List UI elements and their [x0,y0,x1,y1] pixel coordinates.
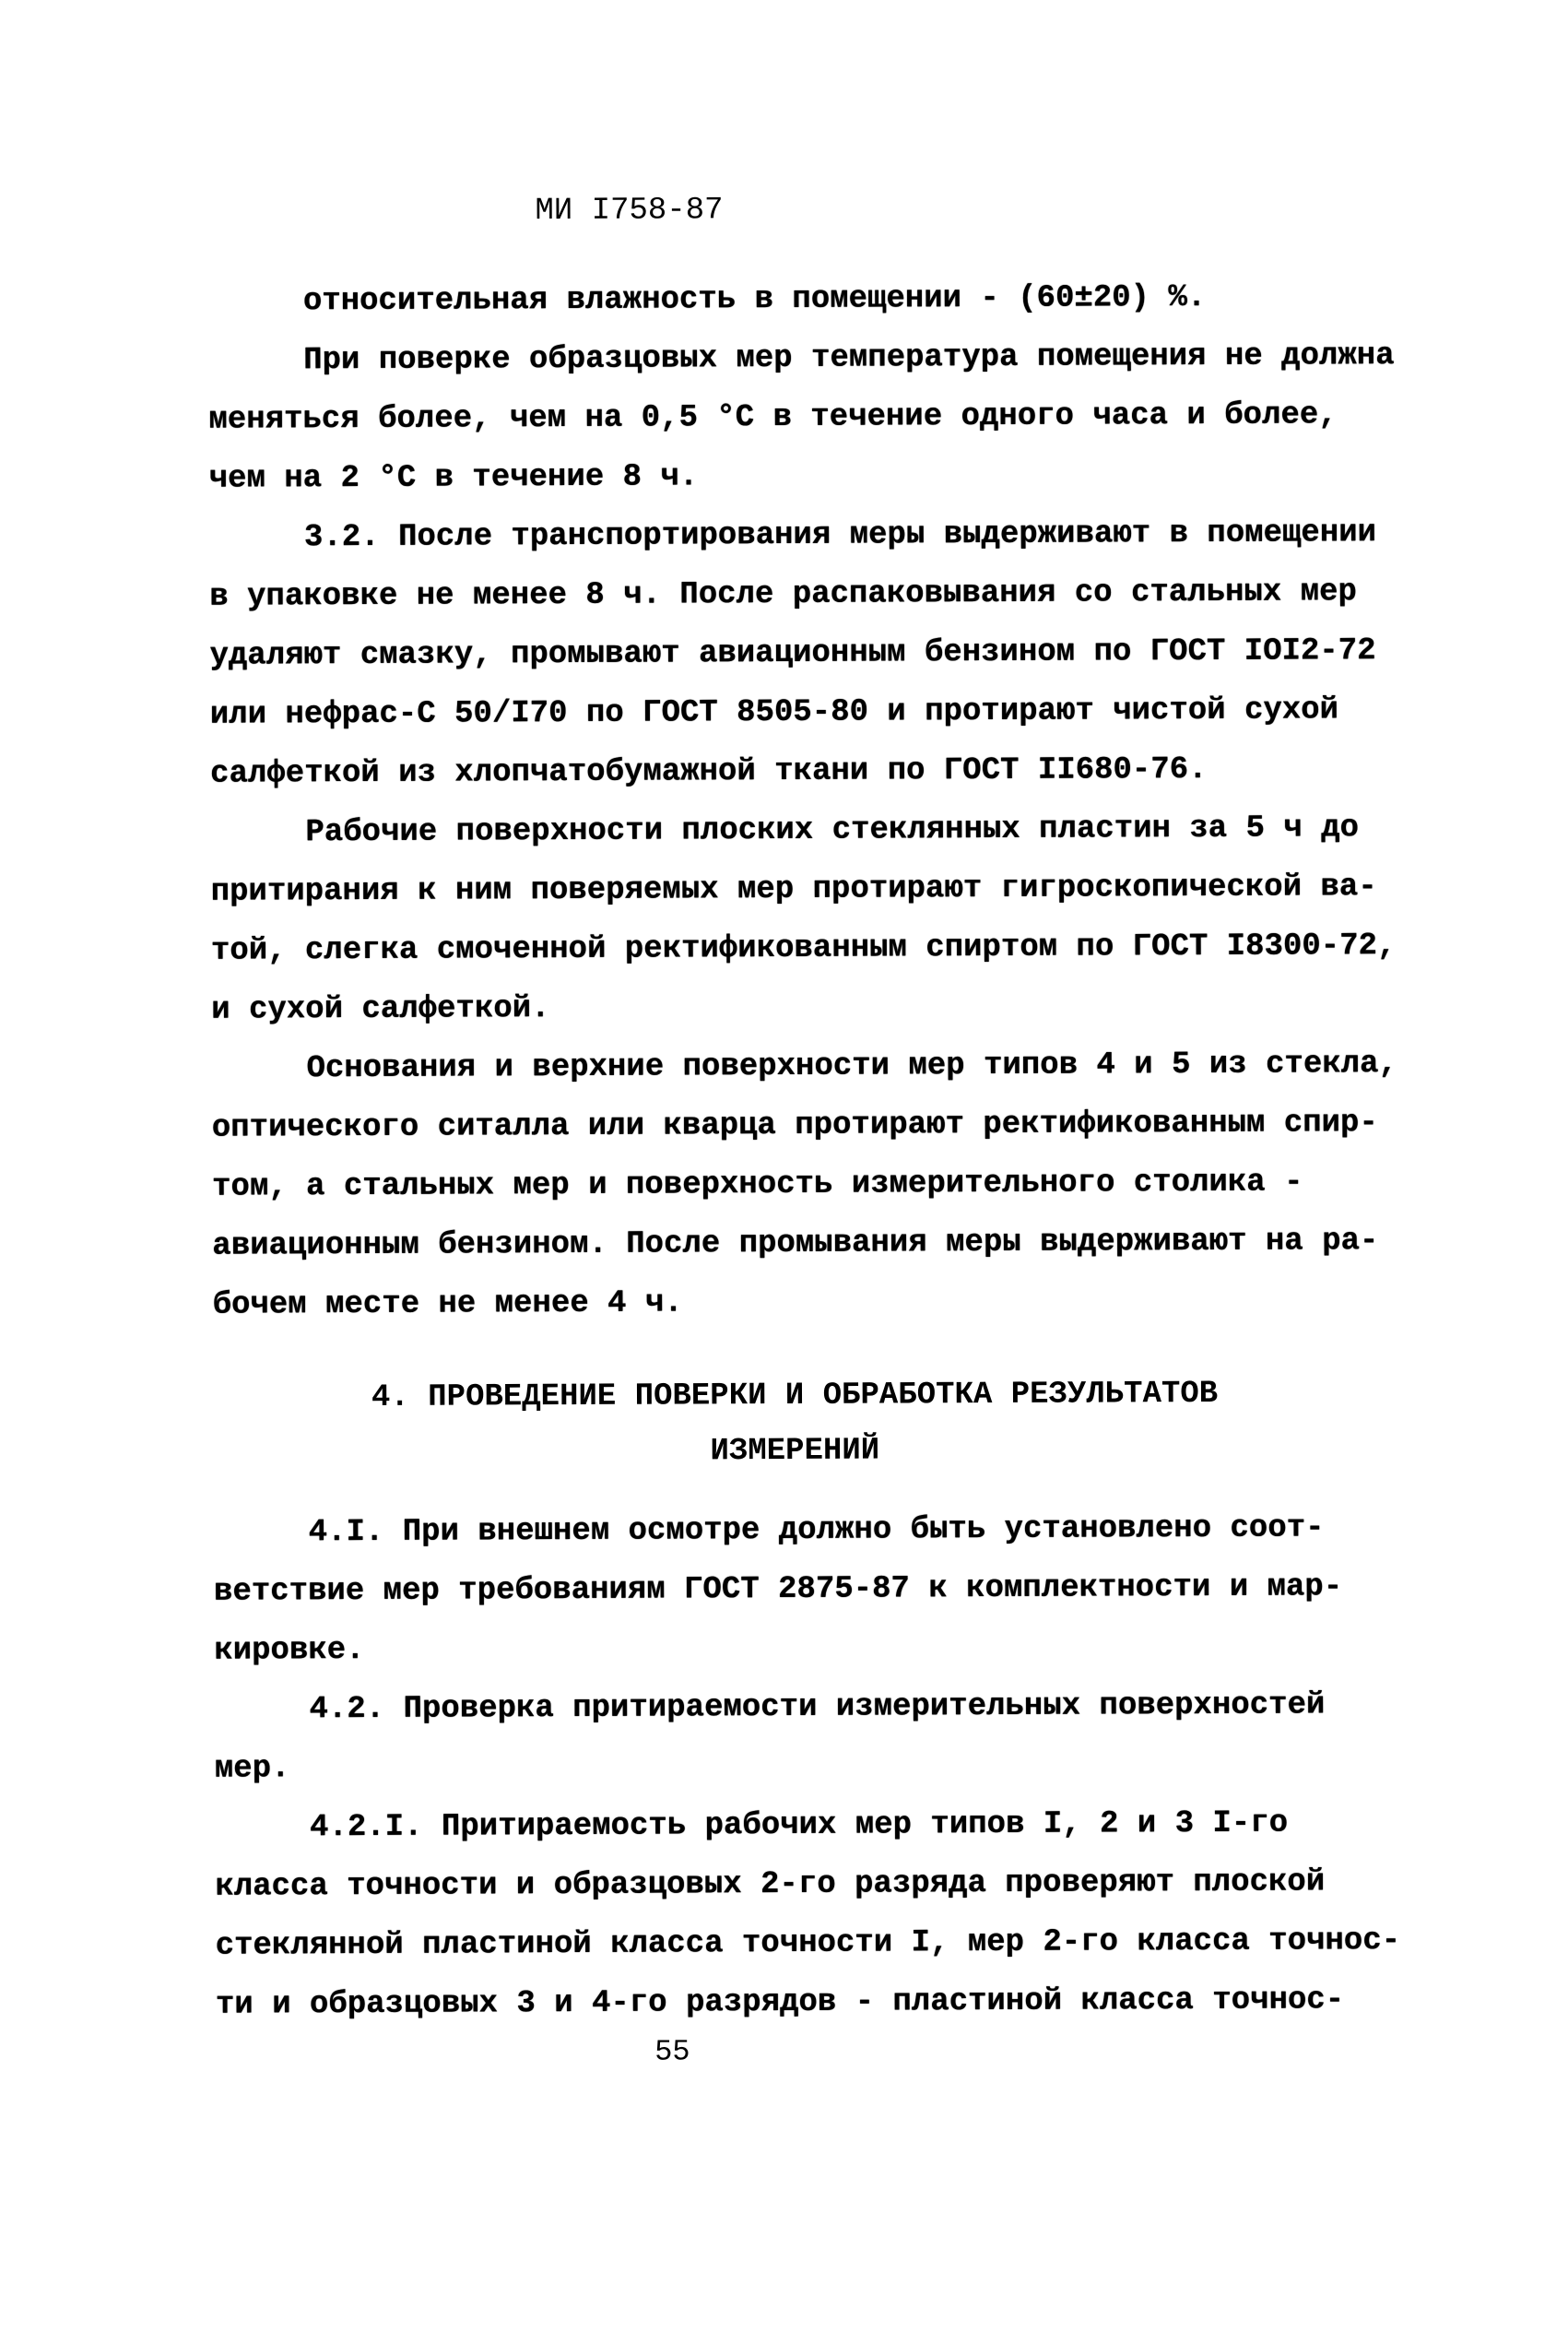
text-line: той, слегка смоченной ректификованным сп… [211,917,1397,981]
section-heading-line: 4. ПРОВЕДЕНИЕ ПОВЕРКИ И ОБРАБОТКА РЕЗУЛЬ… [213,1366,1376,1426]
text-line: бочем месте не менее 4 ч. [213,1271,1399,1335]
page-number: 55 [654,2024,690,2079]
text-line: салфеткой из хлопчатобумажной ткани по Г… [210,740,1397,804]
scanned-page: МИ I758-87 относительная влажность в пом… [0,0,1568,2331]
text-line: чем на 2 °С в течение 8 ч. [209,444,1396,509]
document-code: МИ I758-87 [535,181,723,241]
text-line: 4.I. При внешнем осмотре должно быть уст… [214,1498,1399,1563]
text-line: ти и образцовых 3 и 4-го разрядов - плас… [216,1970,1401,2035]
section-heading-line: ИЗМЕРЕНИЙ [213,1421,1376,1482]
text-line: кировке. [214,1616,1399,1681]
text-line: удаляют смазку, промывают авиационным бе… [209,621,1396,686]
text-line: мер. [215,1734,1400,1799]
body-text-top: относительная влажность в помещении - (6… [208,267,1398,1335]
text-line: притирания к ним поверяемых мер протираю… [211,858,1397,922]
text-line: оптического ситалла или кварца протирают… [212,1094,1398,1158]
text-line: том, а стальных мер и поверхность измери… [212,1153,1398,1217]
text-line: 4.2. Проверка притираемости измерительны… [214,1675,1399,1740]
text-line: При поверке образцовых мер температура п… [208,326,1395,391]
text-line: класса точности и образцовых 2-го разряд… [215,1852,1400,1917]
text-line: или нефрас-С 50/I70 по ГОСТ 8505-80 и пр… [210,680,1397,745]
text-line: авиационным бензином. После промывания м… [212,1212,1398,1276]
text-line: и сухой салфеткой. [211,976,1397,1040]
text-line: ветствие мер требованиям ГОСТ 2875-87 к … [214,1557,1399,1622]
text-line: Рабочие поверхности плоских стеклянных п… [210,799,1397,863]
section-heading: 4. ПРОВЕДЕНИЕ ПОВЕРКИ И ОБРАБОТКА РЕЗУЛЬ… [213,1366,1377,1482]
text-line: стеклянной пластиной класса точности I, … [216,1911,1401,1976]
text-line: 4.2.I. Притираемость рабочих мер типов I… [215,1793,1400,1858]
body-text-bottom: 4.I. При внешнем осмотре должно быть уст… [214,1498,1401,2035]
text-line: в упаковке не менее 8 ч. После распаковы… [209,562,1396,627]
text-line: меняться более, чем на 0,5 °С в течение … [208,385,1395,450]
text-line: Основания и верхние поверхности мер типо… [211,1035,1397,1099]
text-line: относительная влажность в помещении - (6… [208,267,1395,332]
text-line: 3.2. После транспортирования меры выдерж… [209,503,1396,568]
